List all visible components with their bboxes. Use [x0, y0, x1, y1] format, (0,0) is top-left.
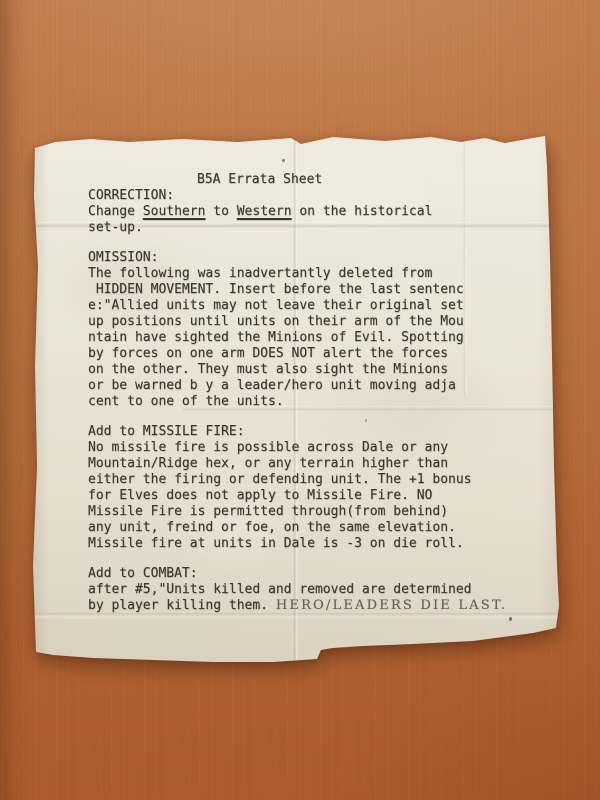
section-heading: Add to MISSILE FIRE: — [88, 424, 538, 440]
text-segment: on the historical — [292, 204, 433, 219]
document-line: The following was inadvertantly deleted … — [88, 266, 538, 282]
blank-line — [88, 552, 538, 566]
errata-sheet: B5A Errata SheetCORRECTION:Change Southe… — [33, 136, 560, 663]
document-line: any unit, freind or foe, on the same ele… — [88, 520, 538, 536]
document-line: or be warned b y a leader/hero unit movi… — [88, 378, 538, 394]
underlined-text: Southern — [143, 204, 206, 219]
document-line: e:"Allied units may not leave their orig… — [88, 298, 538, 314]
document-line: set-up. — [88, 220, 538, 236]
blank-line — [88, 410, 538, 424]
blank-line — [88, 236, 538, 250]
document-line: Missile Fire is permitted through(from b… — [88, 504, 538, 520]
document-line: ntain have sighted the Minions of Evil. … — [88, 330, 538, 346]
text-segment: to — [205, 204, 236, 219]
stamp-style-text: HERO/LEADERS DIE LAST. — [276, 598, 507, 613]
typewritten-text: B5A Errata SheetCORRECTION:Change Southe… — [88, 172, 538, 614]
text-segment: Change — [88, 204, 143, 219]
document-line: on the other. They must also sight the M… — [88, 362, 538, 378]
document-line: for Elves does not apply to Missile Fire… — [88, 488, 538, 504]
paper-speck — [282, 159, 285, 162]
document-line: Change Southern to Western on the histor… — [88, 204, 538, 220]
text-segment: by player killing them. — [88, 598, 276, 613]
document-line: either the firing or defending unit. The… — [88, 472, 538, 488]
errata-sheet-paper: B5A Errata SheetCORRECTION:Change Southe… — [33, 136, 560, 663]
document-line: No missile fire is possible across Dale … — [88, 440, 538, 456]
section-heading: OMISSION: — [88, 250, 538, 266]
document-title: B5A Errata Sheet — [88, 172, 538, 188]
document-line: after #5,"Units killed and removed are d… — [88, 582, 538, 598]
document-line: HIDDEN MOVEMENT. Insert before the last … — [88, 282, 538, 298]
document-line: up positions until units on their arm of… — [88, 314, 538, 330]
document-line: cent to one of the units. — [88, 394, 538, 410]
section-heading: Add to COMBAT: — [88, 566, 538, 582]
document-line: by forces on one arm DOES NOT alert the … — [88, 346, 538, 362]
section-heading: CORRECTION: — [88, 188, 538, 204]
underlined-text: Western — [237, 204, 292, 219]
document-line: by player killing them. HERO/LEADERS DIE… — [88, 598, 538, 614]
document-line: Missile fire at units in Dale is -3 on d… — [88, 536, 538, 552]
document-line: Mountain/Ridge hex, or any terrain highe… — [88, 456, 538, 472]
paper-speck — [509, 617, 512, 621]
